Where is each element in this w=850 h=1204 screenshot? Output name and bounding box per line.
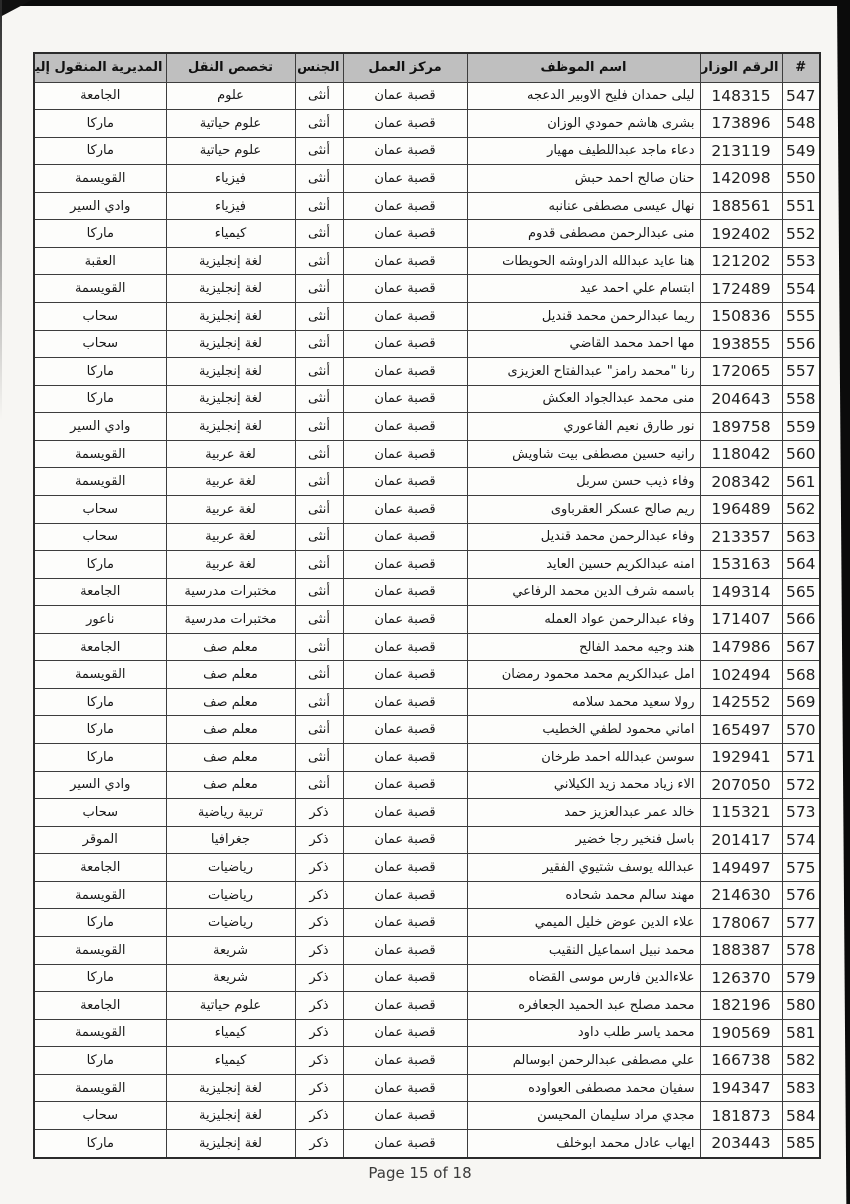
scan-edge-top [0, 0, 850, 6]
directorate-cell: القويسمة [34, 1074, 166, 1102]
row-number-cell: 581 [782, 1019, 820, 1047]
work-center-cell: قصبة عمان [343, 826, 467, 854]
work-center-cell: قصبة عمان [343, 523, 467, 551]
employee-transfer-table: # الرقم الوزاري اسم الموظف مركز العمل ال… [33, 52, 821, 1159]
specialization-cell: معلم صف [166, 661, 295, 689]
table-row: 562196489ريم صالح عسكر العقرباوىقصبة عما… [34, 495, 820, 523]
table-row: 547148315ليلى حمدان فليح الاوبير الدعجهق… [34, 82, 820, 110]
table-row: 563213357وفاء عبدالرحمن محمد قنديلقصبة ع… [34, 523, 820, 551]
gender-cell: أنثى [295, 716, 343, 744]
directorate-cell: الجامعة [34, 633, 166, 661]
specialization-cell: لغة إنجليزية [166, 1129, 295, 1158]
directorate-cell: الجامعة [34, 854, 166, 882]
directorate-cell: القويسمة [34, 881, 166, 909]
table-row: 585203443ايهاب عادل محمد ابوخلفقصبة عمان… [34, 1129, 820, 1158]
work-center-cell: قصبة عمان [343, 688, 467, 716]
work-center-cell: قصبة عمان [343, 661, 467, 689]
row-number-cell: 547 [782, 82, 820, 110]
work-center-cell: قصبة عمان [343, 358, 467, 386]
work-center-cell: قصبة عمان [343, 413, 467, 441]
specialization-cell: لغة إنجليزية [166, 247, 295, 275]
row-number-cell: 565 [782, 578, 820, 606]
specialization-cell: جغرافيا [166, 826, 295, 854]
employee-name-cell: اماني محمود لطفي الخطيب [467, 716, 700, 744]
table-row: 550142098حنان صالح احمد حبشقصبة عمانأنثى… [34, 165, 820, 193]
employee-name-cell: محمد نبيل اسماعيل النقيب [467, 936, 700, 964]
specialization-cell: علوم حياتية [166, 137, 295, 165]
ministry-id-cell: 213357 [700, 523, 782, 551]
row-number-cell: 557 [782, 358, 820, 386]
ministry-id-cell: 188561 [700, 192, 782, 220]
row-number-cell: 571 [782, 744, 820, 772]
row-number-cell: 570 [782, 716, 820, 744]
specialization-cell: علوم حياتية [166, 110, 295, 138]
specialization-cell: رياضيات [166, 881, 295, 909]
row-number-cell: 553 [782, 247, 820, 275]
directorate-cell: سحاب [34, 330, 166, 358]
gender-cell: أنثى [295, 523, 343, 551]
table-row: 564153163امنه عبدالكريم حسين العايدقصبة … [34, 551, 820, 579]
row-number-cell: 569 [782, 688, 820, 716]
gender-cell: أنثى [295, 578, 343, 606]
directorate-cell: ماركا [34, 1047, 166, 1075]
table-header-row: # الرقم الوزاري اسم الموظف مركز العمل ال… [34, 53, 820, 82]
row-number-cell: 563 [782, 523, 820, 551]
row-number-cell: 583 [782, 1074, 820, 1102]
ministry-id-cell: 194347 [700, 1074, 782, 1102]
directorate-cell: ماركا [34, 964, 166, 992]
table-row: 570165497اماني محمود لطفي الخطيبقصبة عما… [34, 716, 820, 744]
table-row: 549213119دعاء ماجد عبداللطيف مهيارقصبة ع… [34, 137, 820, 165]
gender-cell: أنثى [295, 220, 343, 248]
gender-cell: أنثى [295, 275, 343, 303]
directorate-cell: القويسمة [34, 1019, 166, 1047]
table-row: 557172065رنا "محمد رامز" عبدالفتاح العزي… [34, 358, 820, 386]
work-center-cell: قصبة عمان [343, 468, 467, 496]
work-center-cell: قصبة عمان [343, 495, 467, 523]
ministry-id-cell: 188387 [700, 936, 782, 964]
work-center-cell: قصبة عمان [343, 606, 467, 634]
directorate-cell: ماركا [34, 688, 166, 716]
ministry-id-cell: 102494 [700, 661, 782, 689]
specialization-cell: لغة إنجليزية [166, 303, 295, 331]
employee-name-cell: ايهاب عادل محمد ابوخلف [467, 1129, 700, 1158]
work-center-cell: قصبة عمان [343, 992, 467, 1020]
directorate-cell: ماركا [34, 358, 166, 386]
row-number-cell: 573 [782, 799, 820, 827]
table-row: 575149497عبدالله يوسف شتيوي الفقيرقصبة ع… [34, 854, 820, 882]
employee-name-cell: باسمه شرف الدين محمد الرفاعي [467, 578, 700, 606]
header-ministry-id: الرقم الوزاري [700, 53, 782, 82]
ministry-id-cell: 118042 [700, 440, 782, 468]
specialization-cell: لغة إنجليزية [166, 358, 295, 386]
row-number-cell: 567 [782, 633, 820, 661]
ministry-id-cell: 182196 [700, 992, 782, 1020]
directorate-cell: ماركا [34, 551, 166, 579]
specialization-cell: لغة عربية [166, 523, 295, 551]
table-row: 578188387محمد نبيل اسماعيل النقيبقصبة عم… [34, 936, 820, 964]
ministry-id-cell: 196489 [700, 495, 782, 523]
employee-name-cell: مهند سالم محمد شحاده [467, 881, 700, 909]
work-center-cell: قصبة عمان [343, 578, 467, 606]
table-row: 554172489ابتسام علي احمد عيدقصبة عمانأنث… [34, 275, 820, 303]
ministry-id-cell: 213119 [700, 137, 782, 165]
employee-name-cell: مها احمد محمد القاضي [467, 330, 700, 358]
row-number-cell: 579 [782, 964, 820, 992]
gender-cell: ذكر [295, 881, 343, 909]
directorate-cell: القويسمة [34, 468, 166, 496]
table-row: 572207050الاء زياد محمد زيد الكيلانيقصبة… [34, 771, 820, 799]
gender-cell: أنثى [295, 440, 343, 468]
row-number-cell: 551 [782, 192, 820, 220]
ministry-id-cell: 115321 [700, 799, 782, 827]
specialization-cell: رياضيات [166, 854, 295, 882]
specialization-cell: علوم [166, 82, 295, 110]
ministry-id-cell: 192402 [700, 220, 782, 248]
specialization-cell: كيمياء [166, 1019, 295, 1047]
directorate-cell: ماركا [34, 1129, 166, 1158]
gender-cell: أنثى [295, 661, 343, 689]
ministry-id-cell: 142552 [700, 688, 782, 716]
gender-cell: أنثى [295, 633, 343, 661]
row-number-cell: 549 [782, 137, 820, 165]
row-number-cell: 585 [782, 1129, 820, 1158]
row-number-cell: 562 [782, 495, 820, 523]
scan-edge-right [837, 0, 850, 1204]
table-row: 558204643منى محمد عبدالجواد العكشقصبة عم… [34, 385, 820, 413]
ministry-id-cell: 207050 [700, 771, 782, 799]
ministry-id-cell: 165497 [700, 716, 782, 744]
table-row: 556193855مها احمد محمد القاضيقصبة عمانأن… [34, 330, 820, 358]
employee-name-cell: خالد عمر عبدالعزيز حمد [467, 799, 700, 827]
directorate-cell: القويسمة [34, 661, 166, 689]
ministry-id-cell: 150836 [700, 303, 782, 331]
directorate-cell: وادي السير [34, 771, 166, 799]
work-center-cell: قصبة عمان [343, 716, 467, 744]
specialization-cell: شريعة [166, 964, 295, 992]
directorate-cell: سحاب [34, 303, 166, 331]
table-row: 553121202هنا عايد عبدالله الدراوشه الحوي… [34, 247, 820, 275]
directorate-cell: القويسمة [34, 275, 166, 303]
specialization-cell: فيزياء [166, 165, 295, 193]
ministry-id-cell: 189758 [700, 413, 782, 441]
specialization-cell: كيمياء [166, 220, 295, 248]
employee-name-cell: باسل فنخير رجا خضير [467, 826, 700, 854]
employee-name-cell: محمد ياسر طلب داود [467, 1019, 700, 1047]
work-center-cell: قصبة عمان [343, 1102, 467, 1130]
table-row: 552192402منى عبدالرحمن مصطفى قدومقصبة عم… [34, 220, 820, 248]
row-number-cell: 574 [782, 826, 820, 854]
specialization-cell: رياضيات [166, 909, 295, 937]
scan-corner-artifact [0, 0, 32, 17]
gender-cell: أنثى [295, 247, 343, 275]
ministry-id-cell: 181873 [700, 1102, 782, 1130]
specialization-cell: لغة إنجليزية [166, 413, 295, 441]
row-number-cell: 561 [782, 468, 820, 496]
specialization-cell: معلم صف [166, 744, 295, 772]
ministry-id-cell: 149314 [700, 578, 782, 606]
gender-cell: ذكر [295, 1129, 343, 1158]
directorate-cell: سحاب [34, 523, 166, 551]
row-number-cell: 560 [782, 440, 820, 468]
directorate-cell: القويسمة [34, 165, 166, 193]
employee-name-cell: نهال عيسى مصطفى عنانبه [467, 192, 700, 220]
work-center-cell: قصبة عمان [343, 881, 467, 909]
ministry-id-cell: 172489 [700, 275, 782, 303]
row-number-cell: 572 [782, 771, 820, 799]
employee-name-cell: علاءالدين فارس موسى القضاه [467, 964, 700, 992]
work-center-cell: قصبة عمان [343, 82, 467, 110]
row-number-cell: 550 [782, 165, 820, 193]
employee-name-cell: علي مصطفى عبدالرحمن ابوسالم [467, 1047, 700, 1075]
header-specialization: تخصص النقل [166, 53, 295, 82]
table-row: 574201417باسل فنخير رجا خضيرقصبة عمانذكر… [34, 826, 820, 854]
work-center-cell: قصبة عمان [343, 1074, 467, 1102]
directorate-cell: سحاب [34, 799, 166, 827]
row-number-cell: 580 [782, 992, 820, 1020]
ministry-id-cell: 148315 [700, 82, 782, 110]
employee-name-cell: منى عبدالرحمن مصطفى قدوم [467, 220, 700, 248]
specialization-cell: لغة عربية [166, 551, 295, 579]
scanned-document-page: # الرقم الوزاري اسم الموظف مركز العمل ال… [0, 0, 850, 1204]
directorate-cell: ماركا [34, 137, 166, 165]
row-number-cell: 559 [782, 413, 820, 441]
specialization-cell: كيمياء [166, 1047, 295, 1075]
directorate-cell: ماركا [34, 385, 166, 413]
specialization-cell: علوم حياتية [166, 992, 295, 1020]
employee-name-cell: حنان صالح احمد حبش [467, 165, 700, 193]
work-center-cell: قصبة عمان [343, 275, 467, 303]
table-row: 561208342وفاء ذيب حسن سربلقصبة عمانأنثىل… [34, 468, 820, 496]
row-number-cell: 577 [782, 909, 820, 937]
specialization-cell: معلم صف [166, 771, 295, 799]
gender-cell: ذكر [295, 964, 343, 992]
gender-cell: أنثى [295, 165, 343, 193]
work-center-cell: قصبة عمان [343, 440, 467, 468]
table-row: 579126370علاءالدين فارس موسى القضاهقصبة … [34, 964, 820, 992]
row-number-cell: 548 [782, 110, 820, 138]
gender-cell: ذكر [295, 936, 343, 964]
ministry-id-cell: 126370 [700, 964, 782, 992]
gender-cell: ذكر [295, 1019, 343, 1047]
gender-cell: أنثى [295, 468, 343, 496]
specialization-cell: لغة عربية [166, 495, 295, 523]
header-gender: الجنس [295, 53, 343, 82]
specialization-cell: معلم صف [166, 716, 295, 744]
employee-name-cell: علاء الدين عوض خليل الميمي [467, 909, 700, 937]
row-number-cell: 568 [782, 661, 820, 689]
work-center-cell: قصبة عمان [343, 247, 467, 275]
scan-edge-left [0, 0, 2, 420]
work-center-cell: قصبة عمان [343, 303, 467, 331]
ministry-id-cell: 204643 [700, 385, 782, 413]
header-directorate: المديرية المنقول إليها [34, 53, 166, 82]
ministry-id-cell: 153163 [700, 551, 782, 579]
gender-cell: أنثى [295, 110, 343, 138]
employee-name-cell: وفاء ذيب حسن سربل [467, 468, 700, 496]
ministry-id-cell: 149497 [700, 854, 782, 882]
directorate-cell: وادي السير [34, 413, 166, 441]
ministry-id-cell: 201417 [700, 826, 782, 854]
table-row: 565149314باسمه شرف الدين محمد الرفاعيقصب… [34, 578, 820, 606]
specialization-cell: تربية رياضية [166, 799, 295, 827]
ministry-id-cell: 178067 [700, 909, 782, 937]
specialization-cell: لغة عربية [166, 468, 295, 496]
gender-cell: أنثى [295, 606, 343, 634]
work-center-cell: قصبة عمان [343, 385, 467, 413]
row-number-cell: 575 [782, 854, 820, 882]
directorate-cell: ماركا [34, 909, 166, 937]
directorate-cell: القويسمة [34, 440, 166, 468]
work-center-cell: قصبة عمان [343, 744, 467, 772]
gender-cell: أنثى [295, 495, 343, 523]
row-number-cell: 556 [782, 330, 820, 358]
employee-name-cell: امل عبدالكريم محمد محمود رمضان [467, 661, 700, 689]
directorate-cell: ماركا [34, 716, 166, 744]
row-number-cell: 558 [782, 385, 820, 413]
employee-name-cell: مجدي مراد سليمان المحيسن [467, 1102, 700, 1130]
header-employee-name: اسم الموظف [467, 53, 700, 82]
specialization-cell: لغة إنجليزية [166, 1102, 295, 1130]
ministry-id-cell: 192941 [700, 744, 782, 772]
gender-cell: أنثى [295, 385, 343, 413]
table-row: 560118042رانيه حسين مصطفى بيت شاويشقصبة … [34, 440, 820, 468]
employee-name-cell: هند وجيه محمد الفالح [467, 633, 700, 661]
work-center-cell: قصبة عمان [343, 551, 467, 579]
work-center-cell: قصبة عمان [343, 165, 467, 193]
ministry-id-cell: 171407 [700, 606, 782, 634]
employee-name-cell: ليلى حمدان فليح الاوبير الدعجه [467, 82, 700, 110]
directorate-cell: ناعور [34, 606, 166, 634]
specialization-cell: معلم صف [166, 633, 295, 661]
work-center-cell: قصبة عمان [343, 964, 467, 992]
header-row-number: # [782, 53, 820, 82]
directorate-cell: ماركا [34, 220, 166, 248]
specialization-cell: معلم صف [166, 688, 295, 716]
directorate-cell: الجامعة [34, 992, 166, 1020]
work-center-cell: قصبة عمان [343, 330, 467, 358]
row-number-cell: 555 [782, 303, 820, 331]
work-center-cell: قصبة عمان [343, 1019, 467, 1047]
gender-cell: أنثى [295, 137, 343, 165]
work-center-cell: قصبة عمان [343, 137, 467, 165]
work-center-cell: قصبة عمان [343, 936, 467, 964]
ministry-id-cell: 147986 [700, 633, 782, 661]
page-number-footer: Page 15 of 18 [0, 1164, 840, 1182]
gender-cell: ذكر [295, 826, 343, 854]
employee-name-cell: وفاء عبدالرحمن محمد قنديل [467, 523, 700, 551]
header-work-center: مركز العمل [343, 53, 467, 82]
table-row: 582166738علي مصطفى عبدالرحمن ابوسالمقصبة… [34, 1047, 820, 1075]
table-row: 571192941سوسن عبدالله احمد طرخانقصبة عما… [34, 744, 820, 772]
employee-name-cell: نور طارق نعيم الفاعوري [467, 413, 700, 441]
ministry-id-cell: 214630 [700, 881, 782, 909]
gender-cell: ذكر [295, 1102, 343, 1130]
gender-cell: أنثى [295, 413, 343, 441]
ministry-id-cell: 172065 [700, 358, 782, 386]
directorate-cell: الجامعة [34, 578, 166, 606]
work-center-cell: قصبة عمان [343, 771, 467, 799]
directorate-cell: الجامعة [34, 82, 166, 110]
directorate-cell: العقبة [34, 247, 166, 275]
employee-name-cell: رنا "محمد رامز" عبدالفتاح العزيزى [467, 358, 700, 386]
employee-name-cell: ريما عبدالرحمن محمد قنديل [467, 303, 700, 331]
employee-name-cell: دعاء ماجد عبداللطيف مهيار [467, 137, 700, 165]
work-center-cell: قصبة عمان [343, 220, 467, 248]
specialization-cell: شريعة [166, 936, 295, 964]
row-number-cell: 554 [782, 275, 820, 303]
gender-cell: أنثى [295, 688, 343, 716]
specialization-cell: فيزياء [166, 192, 295, 220]
row-number-cell: 576 [782, 881, 820, 909]
table-row: 583194347سفيان محمد مصطفى العواودهقصبة ع… [34, 1074, 820, 1102]
table-row: 580182196محمد مصلح عبد الحميد الجعافرهقص… [34, 992, 820, 1020]
employee-name-cell: رولا سعيد محمد سلامه [467, 688, 700, 716]
gender-cell: ذكر [295, 909, 343, 937]
ministry-id-cell: 203443 [700, 1129, 782, 1158]
gender-cell: أنثى [295, 330, 343, 358]
employee-name-cell: منى محمد عبدالجواد العكش [467, 385, 700, 413]
table-row: 559189758نور طارق نعيم الفاعوريقصبة عمان… [34, 413, 820, 441]
directorate-cell: سحاب [34, 495, 166, 523]
ministry-id-cell: 121202 [700, 247, 782, 275]
table-row: 551188561نهال عيسى مصطفى عنانبهقصبة عمان… [34, 192, 820, 220]
work-center-cell: قصبة عمان [343, 909, 467, 937]
row-number-cell: 552 [782, 220, 820, 248]
table-row: 573115321خالد عمر عبدالعزيز حمدقصبة عمان… [34, 799, 820, 827]
employee-name-cell: ابتسام علي احمد عيد [467, 275, 700, 303]
gender-cell: ذكر [295, 1074, 343, 1102]
table-row: 567147986هند وجيه محمد الفالحقصبة عمانأن… [34, 633, 820, 661]
gender-cell: ذكر [295, 1047, 343, 1075]
employee-name-cell: سفيان محمد مصطفى العواوده [467, 1074, 700, 1102]
employee-name-cell: ريم صالح عسكر العقرباوى [467, 495, 700, 523]
table-row: 569142552رولا سعيد محمد سلامهقصبة عمانأن… [34, 688, 820, 716]
directorate-cell: الموقر [34, 826, 166, 854]
table-row: 576214630مهند سالم محمد شحادهقصبة عمانذك… [34, 881, 820, 909]
gender-cell: أنثى [295, 551, 343, 579]
row-number-cell: 564 [782, 551, 820, 579]
work-center-cell: قصبة عمان [343, 799, 467, 827]
specialization-cell: لغة إنجليزية [166, 1074, 295, 1102]
gender-cell: ذكر [295, 992, 343, 1020]
gender-cell: ذكر [295, 854, 343, 882]
gender-cell: أنثى [295, 303, 343, 331]
specialization-cell: مختبرات مدرسية [166, 606, 295, 634]
table-row: 577178067علاء الدين عوض خليل الميميقصبة … [34, 909, 820, 937]
table-row: 548173896بشرى هاشم حمودي الوزانقصبة عمان… [34, 110, 820, 138]
row-number-cell: 566 [782, 606, 820, 634]
employee-name-cell: رانيه حسين مصطفى بيت شاويش [467, 440, 700, 468]
directorate-cell: ماركا [34, 110, 166, 138]
gender-cell: ذكر [295, 799, 343, 827]
table-row: 584181873مجدي مراد سليمان المحيسنقصبة عم… [34, 1102, 820, 1130]
ministry-id-cell: 166738 [700, 1047, 782, 1075]
employee-name-cell: هنا عايد عبدالله الدراوشه الحويطات [467, 247, 700, 275]
specialization-cell: لغة إنجليزية [166, 330, 295, 358]
gender-cell: أنثى [295, 744, 343, 772]
employee-name-cell: سوسن عبدالله احمد طرخان [467, 744, 700, 772]
gender-cell: أنثى [295, 192, 343, 220]
employee-name-cell: عبدالله يوسف شتيوي الفقير [467, 854, 700, 882]
work-center-cell: قصبة عمان [343, 192, 467, 220]
employee-name-cell: وفاء عبدالرحمن عواد العمله [467, 606, 700, 634]
specialization-cell: لغة إنجليزية [166, 275, 295, 303]
specialization-cell: مختبرات مدرسية [166, 578, 295, 606]
work-center-cell: قصبة عمان [343, 110, 467, 138]
row-number-cell: 582 [782, 1047, 820, 1075]
specialization-cell: لغة إنجليزية [166, 385, 295, 413]
